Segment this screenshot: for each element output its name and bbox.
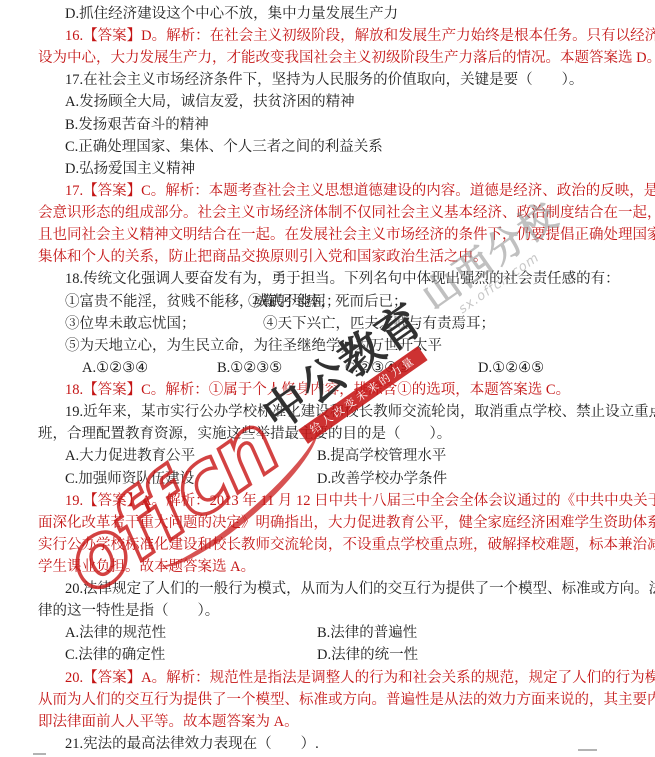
text-segment: 20.【答案】A。解析：规范性是指法是调整人的行为和社会关系的规范，规定了人们的… [65,667,655,689]
text-segment: 实行公办学校标准化建设和校长教师交流轮岗，不设重点学校重点班，破解择校难题，标本… [38,534,655,556]
text-segment: 21.宪法的最高法律效力表现在（ ）. [65,733,319,755]
document-line: 17.在社会主义市场经济条件下，坚持为人民服务的价值取向，关键是要（ ）。 [0,69,655,91]
document-line: 16.【答案】D。解析：在社会主义初级阶段，解放和发展生产力始终是根本任务。只有… [0,25,655,47]
text-segment: C.正确处理国家、集体、个人三者之间的利益关系 [65,136,383,158]
document-line: 设为中心，大力发展生产力，才能改变我国社会主义初级阶段生产力落后的情况。本题答案… [0,47,655,69]
document-line: 从而为人们的交互行为提供了一个模型、标准或方向。普遍性是从法的效力方面来说的，其… [0,689,655,711]
document-line: 20.法律规定了人们的一般行为模式，从而为人们的交互行为提供了一个模型、标准或方… [0,578,655,600]
document-line: 律的这一特性是指（ ）。 [0,600,655,622]
text-segment: D.弘扬爱国主义精神 [65,158,195,180]
text-segment: 会意识形态的组成部分。社会主义市场经济体制不仅同社会主义基本经济、政治制度结合在… [38,202,655,224]
document-line: 学生课业负担。故本题答案选 A。 [0,556,655,578]
document-line: A.①②③④B.①②③⑤C.②③④⑤D.①②④⑤ [0,357,655,379]
text-segment: C.法律的确定性 [65,644,165,666]
document-line: 17.【答案】C。解析：本题考查社会主义思想道德建设的内容。道德是经济、政治的反… [0,180,655,202]
document-line: 集体和个人的关系，防止把商品交换原则引入党和国家政治生活之中。 [0,246,655,268]
document-line: A.法律的规范性B.法律的普遍性 [0,622,655,644]
text-segment: ⑤为天地立心，为生民立命，为往圣继绝学，为万世开太平 [65,335,442,357]
text-segment: B.提高学校管理水平 [317,445,446,467]
text-segment: A.发扬顾全大局，诚信友爱，扶贫济困的精神 [65,91,355,113]
text-segment: 17.【答案】C。解析：本题考查社会主义思想道德建设的内容。道德是经济、政治的反… [65,180,655,202]
text-segment: D.法律的统一性 [317,644,418,666]
document-line: A.发扬顾全大局，诚信友爱，扶贫济困的精神 [0,91,655,113]
text-segment: 19.【答案】A。解析：2013 年 11 月 12 日中共十八届三中全会全体会… [65,490,655,512]
document-line: 20.【答案】A。解析：规范性是指法是调整人的行为和社会关系的规范，规定了人们的… [0,667,655,689]
text-segment: 集体和个人的关系，防止把商品交换原则引入党和国家政治生活之中。 [38,246,488,268]
text-segment: B.①②③⑤ [217,357,282,379]
text-segment: 19.近年来，某市实行公办学校标准化建设和校长教师交流轮岗，取消重点学校、禁止设… [65,401,655,423]
document-line: D.抓住经济建设这个中心不放，集中力量发展生产力 [0,3,655,25]
text-segment: A.①②③④ [82,357,148,379]
text-segment: C.②③④⑤ [345,357,410,379]
text-segment: D.①②④⑤ [478,357,544,379]
text-segment: 16.【答案】D。解析：在社会主义初级阶段，解放和发展生产力始终是根本任务。只有… [65,25,655,47]
document-line: B.发扬艰苦奋斗的精神 [0,114,655,136]
document-line: ①富贵不能淫，贫贱不能移，威武不能屈；②鞠躬尽瘁，死而后已； [0,291,655,313]
document-line: 21.宪法的最高法律效力表现在（ ）. [0,733,655,755]
text-segment: A.大力促进教育公平 [65,445,195,467]
text-segment: 学生课业负担。故本题答案选 A。 [38,556,255,578]
document-line: 19.近年来，某市实行公办学校标准化建设和校长教师交流轮岗，取消重点学校、禁止设… [0,401,655,423]
text-segment: 设为中心，大力发展生产力，才能改变我国社会主义初级阶段生产力落后的情况。本题答案… [38,47,655,69]
document-line: 即法律面前人人平等。故本题答案为 A。 [0,711,655,733]
text-segment: 且也同社会主义精神文明结合在一起。在发展社会主义市场经济的条件下，仍要提倡正确处… [38,224,655,246]
document-line: 18.传统文化强调人要奋发有为，勇于担当。下列名句中体现出强烈的社会责任感的有： [0,268,655,290]
document-line: 18.【答案】C。解析：①属于个人修身内容，排除含①的选项，本题答案选 C。 [0,379,655,401]
text-segment: B.发扬艰苦奋斗的精神 [65,114,209,136]
text-segment: 面深化改革若干重大问题的决定》明确指出，大力促进教育公平，健全家庭经济困难学生资… [38,512,655,534]
text-segment: ④天下兴亡，匹夫之贱与有责焉耳； [263,313,495,335]
document-line: D.弘扬爱国主义精神 [0,158,655,180]
text-segment: D.抓住经济建设这个中心不放，集中力量发展生产力 [65,3,398,25]
document-line: C.加强师资队伍建设D.改善学校办学条件 [0,468,655,490]
document-line: C.正确处理国家、集体、个人三者之间的利益关系 [0,136,655,158]
text-segment: 从而为人们的交互行为提供了一个模型、标准或方向。普遍性是从法的效力方面来说的，其… [38,689,655,711]
document-line: A.大力促进教育公平B.提高学校管理水平 [0,445,655,467]
text-segment: ③位卑未敢忘忧国； [65,313,196,335]
document-line: 班，合理配置教育资源，实施这些举措最主要的目的是（ ）。 [0,423,655,445]
document-line: C.法律的确定性D.法律的统一性 [0,644,655,666]
text-segment: 律的这一特性是指（ ）。 [38,600,219,622]
text-segment: B.法律的普遍性 [317,622,417,644]
document-line: 且也同社会主义精神文明结合在一起。在发展社会主义市场经济的条件下，仍要提倡正确处… [0,224,655,246]
text-segment: 17.在社会主义市场经济条件下，坚持为人民服务的价值取向，关键是要（ ）。 [65,69,583,91]
text-segment: C.加强师资队伍建设 [65,468,194,490]
document-line: 会意识形态的组成部分。社会主义市场经济体制不仅同社会主义基本经济、政治制度结合在… [0,202,655,224]
document-page: D.抓住经济建设这个中心不放，集中力量发展生产力16.【答案】D。解析：在社会主… [0,0,655,757]
document-line: 实行公办学校标准化建设和校长教师交流轮岗，不设重点学校重点班，破解择校难题，标本… [0,534,655,556]
document-line: ③位卑未敢忘忧国；④天下兴亡，匹夫之贱与有责焉耳； [0,313,655,335]
text-segment: A.法律的规范性 [65,622,166,644]
document-line: ⑤为天地立心，为生民立命，为往圣继绝学，为万世开太平 [0,335,655,357]
text-segment: ②鞠躬尽瘁，死而后已； [248,291,408,313]
text-segment: 18.【答案】C。解析：①属于个人修身内容，排除含①的选项，本题答案选 C。 [65,379,570,401]
text-segment: 即法律面前人人平等。故本题答案为 A。 [38,711,299,733]
document-line: 19.【答案】A。解析：2013 年 11 月 12 日中共十八届三中全会全体会… [0,490,655,512]
text-segment: 班，合理配置教育资源，实施这些举措最主要的目的是（ ）。 [38,423,451,445]
text-segment: 20.法律规定了人们的一般行为模式，从而为人们的交互行为提供了一个模型、标准或方… [65,578,655,600]
text-segment: D.改善学校办学条件 [317,468,447,490]
text-segment: 18.传统文化强调人要奋发有为，勇于担当。下列名句中体现出强烈的社会责任感的有： [65,268,620,290]
document-line: 面深化改革若干重大问题的决定》明确指出，大力促进教育公平，健全家庭经济困难学生资… [0,512,655,534]
document-body: D.抓住经济建设这个中心不放，集中力量发展生产力16.【答案】D。解析：在社会主… [0,0,655,757]
